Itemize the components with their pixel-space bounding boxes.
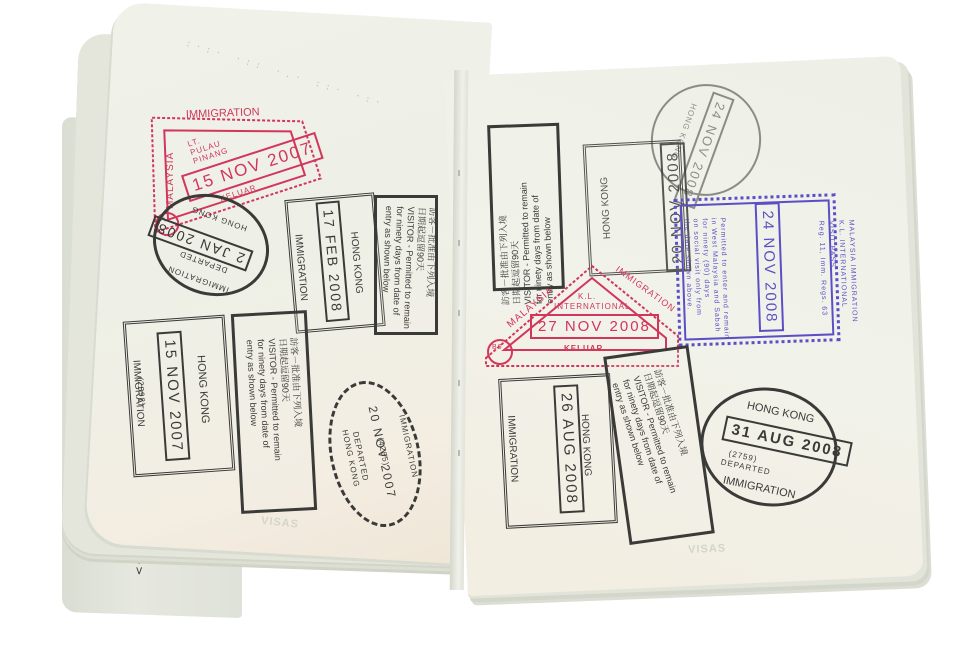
stamp-hk-visitor: 訪客－批准由下列入境 日期起逗留90天 VISITOR - Permitted … <box>231 310 317 514</box>
stitch <box>458 240 460 246</box>
passport-photo: <<< :·:· ·:: ·.· ::· ·:· VISAS VISAS IMM… <box>0 0 960 652</box>
stamp-date: 27 NOV 2008 <box>530 314 659 339</box>
stitch <box>458 450 460 456</box>
stamp-hk-arrival-aug08: IMMIGRATION 26 AUG 2008 HONG KONG <box>498 373 618 529</box>
stitch <box>458 170 460 176</box>
stamp-malaysia-visit-pass: MALAYSIA IMMIGRATION K.L. INTERNATIONAL … <box>673 193 840 347</box>
stamp-hk-arrival-nov07: IMMIGRATION (2898) 15 NOV 2007 HONG KONG <box>123 315 236 478</box>
stamp-date: 15 NOV 2007 <box>156 331 190 461</box>
stamp-date: 17 FEB 2008 <box>316 201 350 322</box>
stitch <box>458 380 460 386</box>
stamp-hk-visitor: 訪客－批准由下列入境 日期起逗留90天 VISITOR - Permitted … <box>374 195 438 335</box>
stamp-hk-arrival-nov08: HONG KONG 20 NOV 2008 <box>583 140 688 277</box>
stitch <box>458 310 460 316</box>
stamp-date: 24 NOV 2008 <box>755 202 784 332</box>
